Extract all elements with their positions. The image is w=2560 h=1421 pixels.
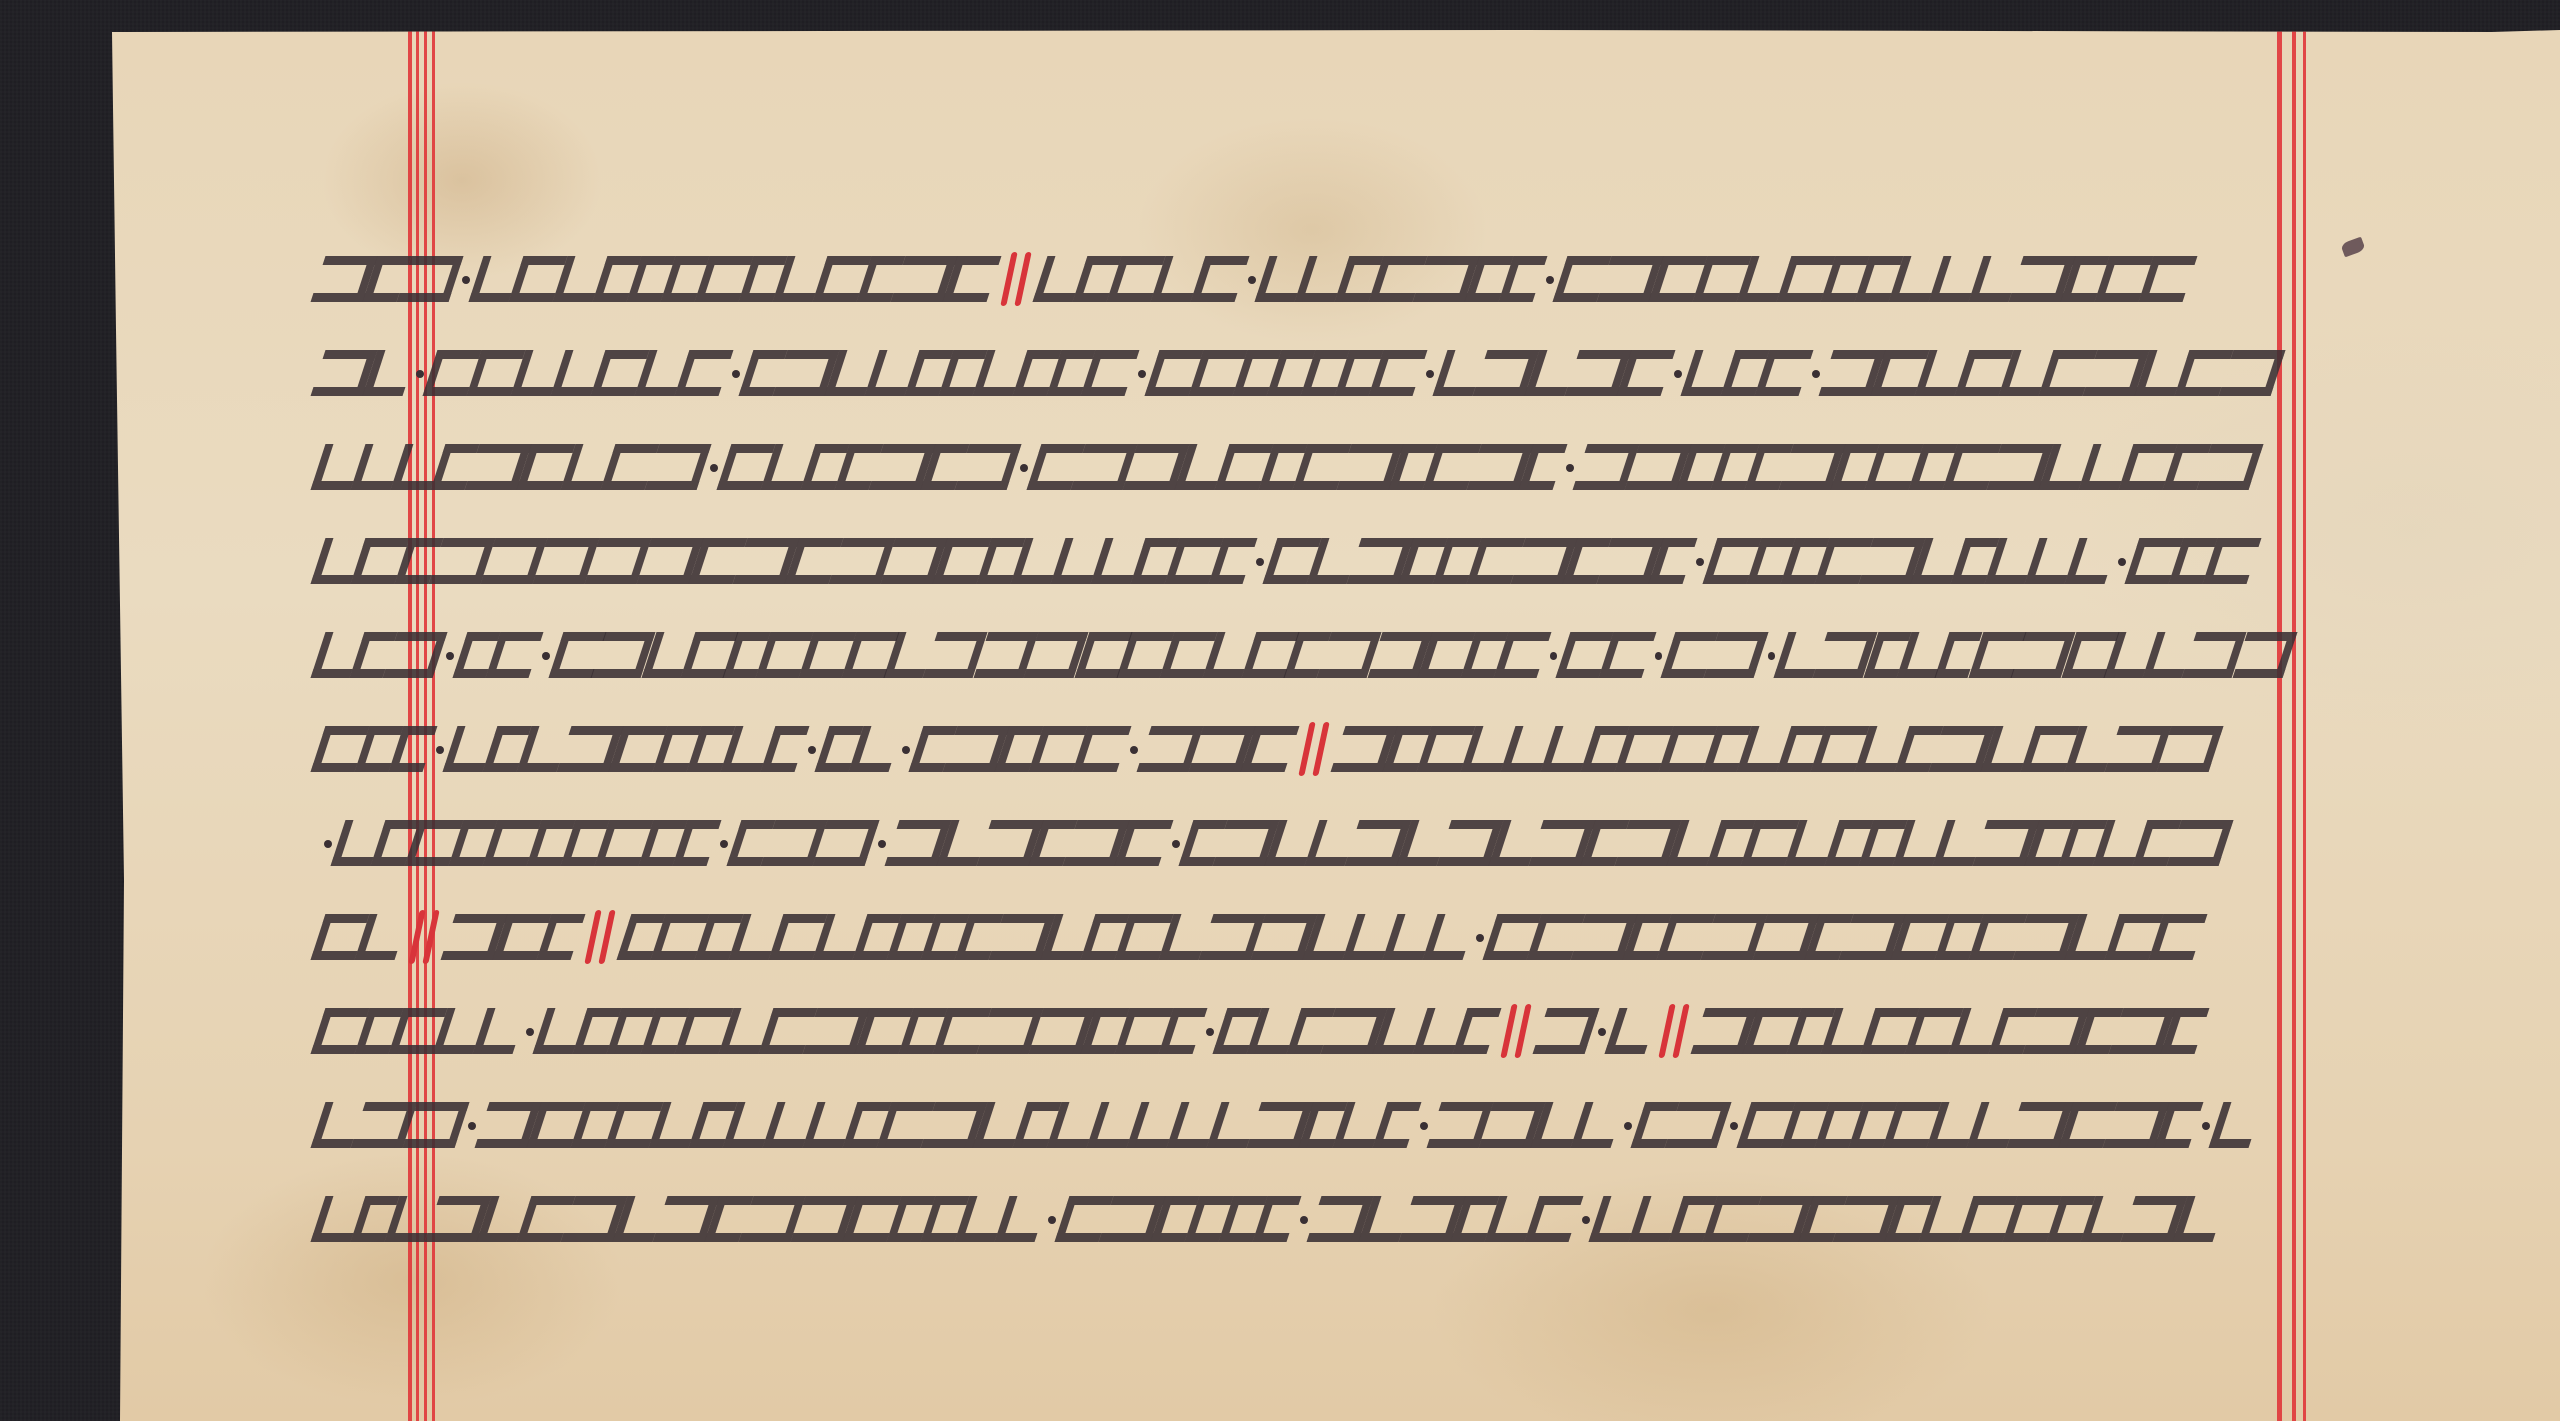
ink-dot	[1655, 652, 1663, 660]
ink-dot	[1048, 1216, 1056, 1224]
ink-dot	[732, 370, 740, 378]
ink-dot	[720, 840, 728, 848]
ink-dot	[416, 370, 424, 378]
ink-dot	[1426, 370, 1434, 378]
manuscript-line	[318, 702, 2290, 796]
ink-dot	[808, 746, 816, 754]
ink-dot	[468, 1122, 476, 1130]
ink-dot	[1730, 1122, 1738, 1130]
ink-dot	[2202, 1122, 2210, 1130]
ink-dot	[1172, 840, 1180, 848]
ink-dot	[1696, 558, 1704, 566]
ink-dot	[1566, 464, 1574, 472]
ink-dot	[1550, 652, 1558, 660]
ink-dot	[1546, 276, 1554, 284]
manuscript-line	[318, 796, 2290, 890]
calligraphic-glyph	[1605, 1008, 1660, 1054]
ink-dot	[1130, 746, 1138, 754]
red-double-danda	[588, 910, 614, 964]
ink-dot	[1768, 652, 1776, 660]
calligraphic-glyph	[2209, 1102, 2264, 1148]
ink-dot	[436, 746, 444, 754]
ink-dot	[324, 840, 332, 848]
ink-dot	[878, 840, 886, 848]
ink-dot	[1582, 1216, 1590, 1224]
manuscript-line	[318, 326, 2290, 420]
manuscript-line	[318, 608, 2290, 702]
ink-dot	[1812, 370, 1820, 378]
manuscript-line	[318, 232, 2290, 326]
ink-dot	[2118, 558, 2126, 566]
ink-dot	[902, 746, 910, 754]
manuscript-line	[318, 420, 2290, 514]
ink-dot	[1206, 1028, 1214, 1036]
manuscript-line	[318, 514, 2290, 608]
ink-dot	[462, 276, 470, 284]
red-double-danda	[1662, 1004, 1688, 1058]
ink-dot	[1020, 464, 1028, 472]
ink-dot	[542, 652, 550, 660]
ink-dot	[1598, 1028, 1606, 1036]
right-margin-rule	[2292, 30, 2296, 1421]
ink-dot	[1476, 934, 1484, 942]
manuscript-line	[318, 984, 2290, 1078]
ink-dot	[710, 464, 718, 472]
ink-dot	[1420, 1122, 1428, 1130]
ink-dot	[1624, 1122, 1632, 1130]
red-double-danda	[1504, 1004, 1530, 1058]
ink-dot	[1248, 276, 1256, 284]
red-double-danda	[1302, 722, 1328, 776]
manuscript-line	[318, 890, 2290, 984]
ink-dot	[1256, 558, 1264, 566]
ink-dot	[1300, 1216, 1308, 1224]
manuscript-line	[318, 1078, 2290, 1172]
calligraphic-glyph	[1533, 1008, 1600, 1054]
ink-dot	[446, 652, 454, 660]
ink-stain	[2340, 237, 2365, 258]
ink-dot	[1138, 370, 1146, 378]
red-double-danda	[1004, 252, 1030, 306]
manuscript-text-block	[318, 232, 2290, 1266]
manuscript-line	[318, 1172, 2290, 1266]
ink-dot	[526, 1028, 534, 1036]
red-double-danda	[412, 910, 438, 964]
right-margin-rule	[2303, 30, 2306, 1421]
ink-dot	[1674, 370, 1682, 378]
